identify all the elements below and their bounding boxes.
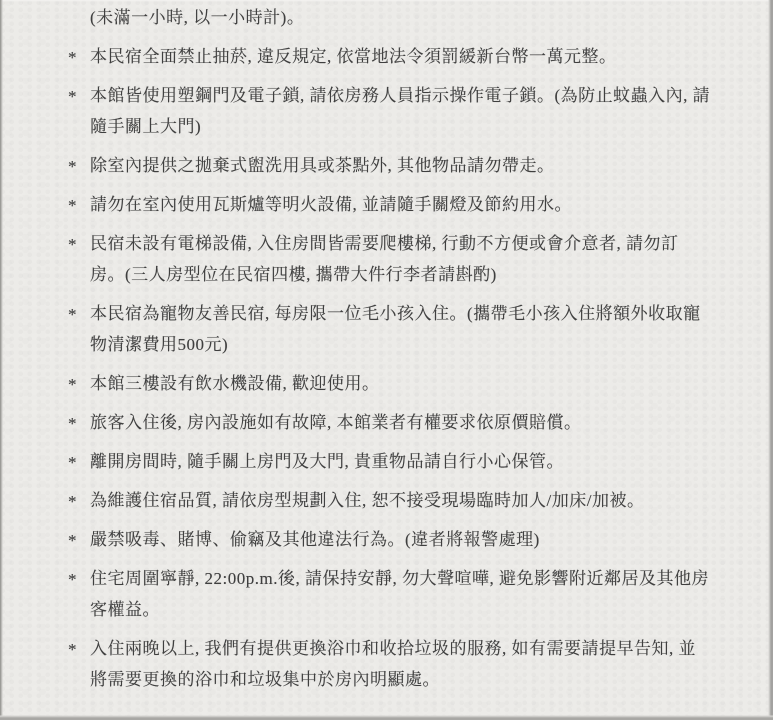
bullet-marker: * xyxy=(68,299,90,330)
rule-item: * 離開房間時, 隨手關上房門及大門, 貴重物品請自行小心保管。 xyxy=(68,446,713,477)
rule-item: * 民宿未設有電梯設備, 入住房間皆需要爬樓梯, 行動不方便或會介意者, 請勿訂… xyxy=(68,228,713,290)
bullet-marker: * xyxy=(68,229,90,260)
rule-item: * 住宅周圍寧靜, 22:00p.m.後, 請保持安靜, 勿大聲喧嘩, 避免影響… xyxy=(68,563,713,625)
bullet-marker: * xyxy=(68,151,90,182)
rule-text: 民宿未設有電梯設備, 入住房間皆需要爬樓梯, 行動不方便或會介意者, 請勿訂房。… xyxy=(90,228,713,290)
paper-bottom-edge xyxy=(0,715,773,720)
bullet-marker: * xyxy=(68,190,90,221)
rule-item: * 本民宿全面禁止抽菸, 違反規定, 依當地法令須罰緩新台幣一萬元整。 xyxy=(68,41,713,72)
rule-text: 本館皆使用塑鋼門及電子鎖, 請依房務人員指示操作電子鎖。(為防止蚊蟲入內, 請隨… xyxy=(90,80,713,142)
rule-text: 為維護住宿品質, 請依房型規劃入住, 恕不接受現場臨時加人/加床/加被。 xyxy=(90,485,713,516)
bullet-marker: * xyxy=(68,42,90,73)
bullet-marker: * xyxy=(68,564,90,595)
rule-item: * 除室內提供之拋棄式盥洗用具或茶點外, 其他物品請勿帶走。 xyxy=(68,150,713,181)
paper-top-edge xyxy=(0,0,773,2)
paper-left-edge xyxy=(0,0,3,720)
rule-text: 請勿在室內使用瓦斯爐等明火設備, 並請隨手關燈及節約用水。 xyxy=(90,189,713,220)
bullet-marker: * xyxy=(68,369,90,400)
rule-item: * 為維護住宿品質, 請依房型規劃入住, 恕不接受現場臨時加人/加床/加被。 xyxy=(68,485,713,516)
rule-text: 入住兩晚以上, 我們有提供更換浴巾和收拾垃圾的服務, 如有需要請提早告知, 並將… xyxy=(90,633,713,695)
rule-item: * 入住兩晚以上, 我們有提供更換浴巾和收拾垃圾的服務, 如有需要請提早告知, … xyxy=(68,633,713,695)
rule-item: * 本民宿為寵物友善民宿, 每房限一位毛小孩入住。(攜帶毛小孩入住將額外收取寵物… xyxy=(68,298,713,360)
rule-text: (未滿一小時, 以一小時計)。 xyxy=(90,2,713,33)
rule-text: 離開房間時, 隨手關上房門及大門, 貴重物品請自行小心保管。 xyxy=(90,446,713,477)
rule-text: 本館三樓設有飲水機設備, 歡迎使用。 xyxy=(90,368,713,399)
rule-item: * 本館皆使用塑鋼門及電子鎖, 請依房務人員指示操作電子鎖。(為防止蚊蟲入內, … xyxy=(68,80,713,142)
rule-text: 除室內提供之拋棄式盥洗用具或茶點外, 其他物品請勿帶走。 xyxy=(90,150,713,181)
rule-text: 本民宿為寵物友善民宿, 每房限一位毛小孩入住。(攜帶毛小孩入住將額外收取寵物清潔… xyxy=(90,298,713,360)
bullet-marker: * xyxy=(68,525,90,556)
rule-item: * 嚴禁吸毒、賭博、偷竊及其他違法行為。(違者將報警處理) xyxy=(68,524,713,555)
rule-item: * 旅客入住後, 房內設施如有故障, 本館業者有權要求依原價賠償。 xyxy=(68,407,713,438)
bullet-marker: * xyxy=(68,408,90,439)
paper-page: (未滿一小時, 以一小時計)。 * 本民宿全面禁止抽菸, 違反規定, 依當地法令… xyxy=(0,0,773,720)
house-rules-list: (未滿一小時, 以一小時計)。 * 本民宿全面禁止抽菸, 違反規定, 依當地法令… xyxy=(0,0,773,695)
continuation-line: (未滿一小時, 以一小時計)。 xyxy=(68,2,713,33)
rules-container: * 本民宿全面禁止抽菸, 違反規定, 依當地法令須罰緩新台幣一萬元整。 * 本館… xyxy=(68,41,713,695)
rule-item: * 請勿在室內使用瓦斯爐等明火設備, 並請隨手關燈及節約用水。 xyxy=(68,189,713,220)
rule-item: * 本館三樓設有飲水機設備, 歡迎使用。 xyxy=(68,368,713,399)
rule-text: 住宅周圍寧靜, 22:00p.m.後, 請保持安靜, 勿大聲喧嘩, 避免影響附近… xyxy=(90,563,713,625)
paper-right-edge xyxy=(768,0,773,720)
rule-text: 嚴禁吸毒、賭博、偷竊及其他違法行為。(違者將報警處理) xyxy=(90,524,713,555)
bullet-marker: * xyxy=(68,447,90,478)
bullet-marker: * xyxy=(68,634,90,665)
bullet-marker: * xyxy=(68,486,90,517)
bullet-marker: * xyxy=(68,81,90,112)
rule-text: 旅客入住後, 房內設施如有故障, 本館業者有權要求依原價賠償。 xyxy=(90,407,713,438)
rule-text: 本民宿全面禁止抽菸, 違反規定, 依當地法令須罰緩新台幣一萬元整。 xyxy=(90,41,713,72)
